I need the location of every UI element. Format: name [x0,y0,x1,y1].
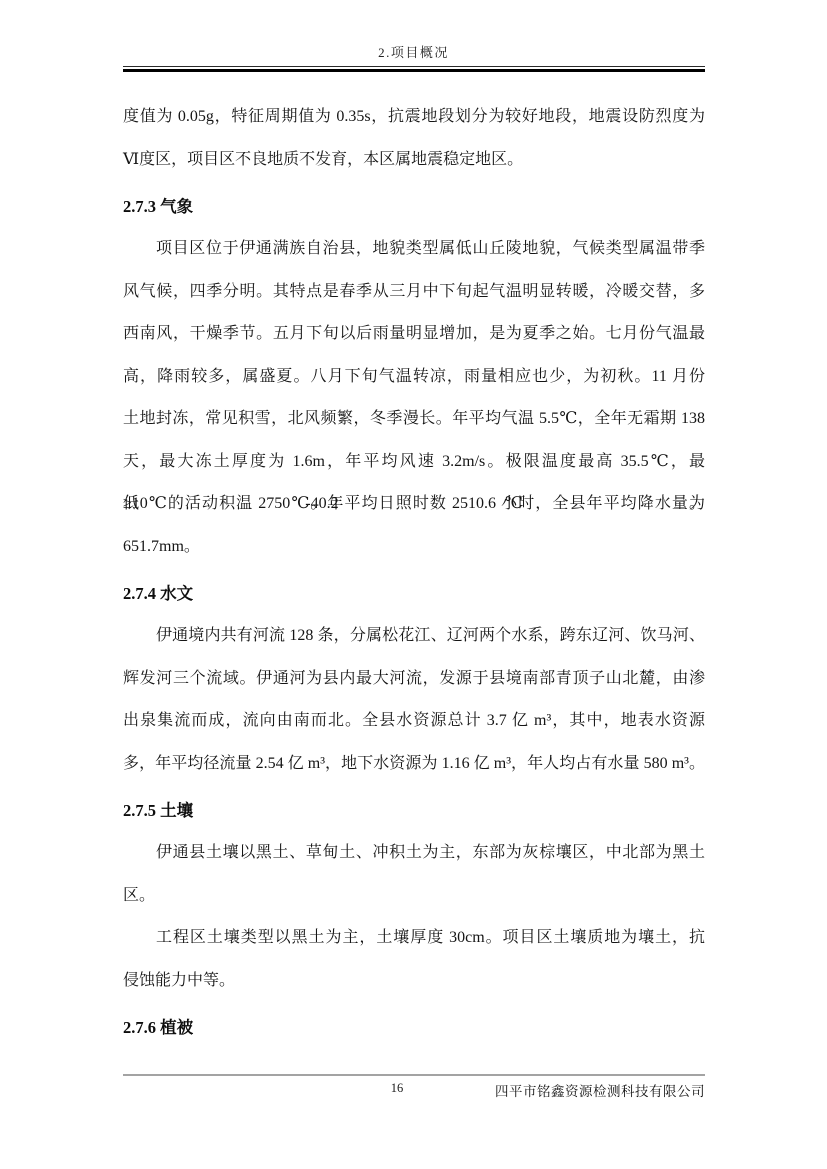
body-line: 项目区位于伊通满族自治县，地貌类型属低山丘陵地貌，气候类型属温带季 [123,228,705,271]
body-line: 651.7mm。 [123,526,705,569]
body-line: 高，降雨较多，属盛夏。八月下旬气温转凉，雨量相应也少，为初秋。11 月份 [123,356,705,399]
body-line: 工程区土壤类型以黑土为主，土壤厚度 30cm。项目区土壤质地为壤土，抗 [123,917,705,960]
body-line: 多，年平均径流量 2.54 亿 m³，地下水资源为 1.16 亿 m³，年人均占… [123,743,705,786]
document-page: 2.项目概况 度值为 0.05g，特征周期值为 0.35s，抗震地段划分为较好地… [0,0,827,1169]
header-rule [123,66,705,72]
body-line: 风气候，四季分明。其特点是春季从三月中下旬起气温明显转暖，冷暖交替，多 [123,271,705,314]
section-heading-2-7-5: 2.7.5 土壤 [123,790,705,833]
running-header: 2.项目概况 [0,0,827,72]
header-chapter-title: 2.项目概况 [0,44,827,62]
body-line: 出泉集流而成，流向由南而北。全县水资源总计 3.7 亿 m³，其中，地表水资源 [123,700,705,743]
body-line: 天，最大冻土厚度为 1.6m，年平均风速 3.2m/s。极限温度最高 35.5℃… [123,441,705,484]
document-body: 度值为 0.05g，特征周期值为 0.35s，抗震地段划分为较好地段，地震设防烈… [123,96,705,1049]
body-line: 辉发河三个流域。伊通河为县内最大河流，发源于县境南部青顶子山北麓，由渗 [123,658,705,701]
body-line: 区。 [123,875,705,918]
body-line: 西南风，干燥季节。五月下旬以后雨量明显增加，是为夏季之始。七月份气温最 [123,313,705,356]
section-heading-2-7-6: 2.7.6 植被 [123,1007,705,1050]
body-line: Ⅵ度区，项目区不良地质不发育，本区属地震稳定地区。 [123,139,705,182]
body-line: 侵蚀能力中等。 [123,960,705,1003]
body-line: 伊通县土壤以黑土、草甸土、冲积土为主，东部为灰棕壤区，中北部为黑土 [123,832,705,875]
body-line: 土地封冻，常见积雪，北风频繁，冬季漫长。年平均气温 5.5℃，全年无霜期 138 [123,398,705,441]
footer-company-name: 四平市铭鑫资源检测科技有限公司 [495,1080,705,1100]
body-line: 伊通境内共有河流 128 条，分属松花江、辽河两个水系，跨东辽河、饮马河、 [123,615,705,658]
running-footer: 16 四平市铭鑫资源检测科技有限公司 [123,1074,705,1100]
section-heading-2-7-4: 2.7.4 水文 [123,573,705,616]
body-line: 度值为 0.05g，特征周期值为 0.35s，抗震地段划分为较好地段，地震设防烈… [123,96,705,139]
footer-row: 16 四平市铭鑫资源检测科技有限公司 [123,1076,705,1100]
body-line: ≥10℃的活动积温 2750℃。年平均日照时数 2510.6 小时，全县年平均降… [123,483,705,526]
section-heading-2-7-3: 2.7.3 气象 [123,186,705,229]
